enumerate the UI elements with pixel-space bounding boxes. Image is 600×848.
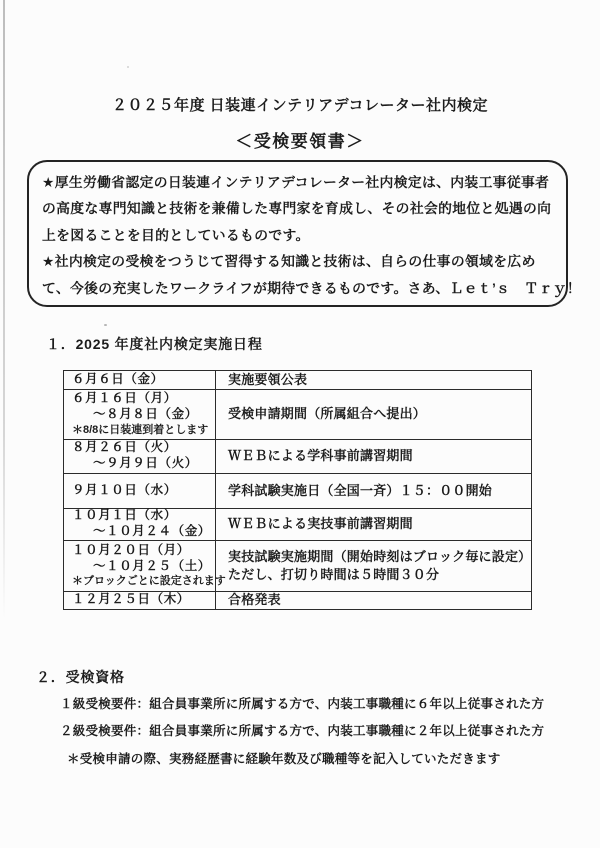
schedule-desc-cell: 合格発表 [216, 592, 531, 609]
schedule-section-heading: １．2025 年度社内検定実施日程 [46, 334, 263, 354]
date-line: １０月２０日（月） [72, 543, 213, 559]
schedule-row: １２月２５日（木） 合格発表 [64, 591, 531, 609]
document-title: ２０２５年度 日装連インテリアデコレーター社内検定 [0, 94, 600, 115]
eligibility-note-line: ＊受検申請の際、実務経歴書に経験年数及び職種等を記入していただきます [60, 746, 544, 773]
date-line: ８月２６日（火） [72, 440, 213, 456]
desc-line: 受検申請期間（所属組合へ提出） [228, 405, 531, 423]
desc-line: 学科試験実施日（全国一斉）１５：００開始 [228, 482, 531, 500]
scan-edge-artifact [3, 0, 5, 620]
schedule-desc-cell: 実施要領公表 [216, 371, 531, 389]
schedule-date-cell: ６月６日（金） [64, 371, 216, 389]
date-note-line: ＊8/8に日装連到着とします [72, 423, 213, 437]
intro-line: 上を図ることを目的としているものです。 [42, 223, 556, 249]
scan-speck [127, 66, 129, 68]
schedule-date-cell: ８月２６日（火） ～９月９日（火） [64, 440, 216, 473]
date-note-line: ＊ブロックごとに設定されます [72, 574, 213, 588]
intro-line: ★厚生労働省認定の日装連インテリアデコレーター社内検定は、内装工事従事者 [42, 170, 556, 196]
date-line: １２月２５日（木） [72, 592, 213, 608]
eligibility-list: １級受検要件：組合員事業所に所属する方で、内装工事職種に６年以上従事された方 ２… [60, 691, 544, 773]
document-subtitle: ＜受検要領書＞ [0, 127, 600, 152]
schedule-desc-cell: 学科試験実施日（全国一斉）１５：００開始 [216, 474, 531, 508]
eligibility-line: ２級受検要件：組合員事業所に所属する方で、内装工事職種に２年以上従事された方 [60, 718, 544, 745]
scan-speck [104, 324, 107, 326]
schedule-row: １０月２０日（月） ～１０月２５（土） ＊ブロックごとに設定されます 実技試験実… [64, 540, 531, 591]
schedule-desc-cell: ＷＥＢによる実技事前講習期間 [216, 509, 531, 540]
schedule-row: ９月１０日（水） 学科試験実施日（全国一斉）１５：００開始 [64, 473, 531, 508]
schedule-date-cell: １０月１日（水） ～１０月２４（金） [64, 509, 216, 540]
desc-line: ＷＥＢによる学科事前講習期間 [228, 447, 531, 465]
schedule-table: ６月６日（金） 実施要領公表 ６月１６日（月） ～８月８日（金） ＊8/8に日装… [63, 370, 532, 610]
date-line: １０月１日（水） [72, 508, 213, 524]
date-line: ６月６日（金） [72, 372, 213, 388]
intro-notice-box: ★厚生労働省認定の日装連インテリアデコレーター社内検定は、内装工事従事者 の高度… [27, 160, 568, 307]
date-line: ～１０月２５（土） [72, 559, 213, 575]
schedule-date-cell: ９月１０日（水） [64, 474, 216, 508]
intro-line: ★社内検定の受検をつうじて習得する知識と技術は、自らの仕事の領域を広め [42, 249, 556, 275]
date-line: ６月１６日（月） [72, 391, 213, 407]
schedule-row: １０月１日（水） ～１０月２４（金） ＷＥＢによる実技事前講習期間 [64, 508, 531, 540]
schedule-date-cell: ６月１６日（月） ～８月８日（金） ＊8/8に日装連到着とします [64, 390, 216, 439]
eligibility-section-heading: ２．受検資格 [36, 667, 125, 687]
desc-line: 実施要領公表 [228, 371, 531, 389]
desc-line: ただし、打切り時間は５時間３０分 [228, 566, 531, 584]
intro-line: の高度な専門知識と技術を兼備した専門家を育成し、その社会的地位と処遇の向 [42, 196, 556, 222]
desc-line: 合格発表 [228, 591, 531, 609]
schedule-row: ６月６日（金） 実施要領公表 [64, 371, 531, 389]
schedule-desc-cell: 受検申請期間（所属組合へ提出） [216, 390, 531, 439]
desc-line: ＷＥＢによる実技事前講習期間 [228, 515, 531, 533]
schedule-row: ６月１６日（月） ～８月８日（金） ＊8/8に日装連到着とします 受検申請期間（… [64, 389, 531, 439]
date-line: ～１０月２４（金） [72, 524, 213, 540]
schedule-date-cell: １０月２０日（月） ～１０月２５（土） ＊ブロックごとに設定されます [64, 541, 216, 591]
date-line: ～９月９日（火） [72, 456, 213, 472]
document-page: ２０２５年度 日装連インテリアデコレーター社内検定 ＜受検要領書＞ ★厚生労働省… [0, 0, 600, 848]
date-line: ～８月８日（金） [72, 407, 213, 423]
intro-line: て、今後の充実したワークライフが期待できるものです。さあ、Ｌｅｔ’ｓ Ｔｒｙ！ [42, 276, 556, 302]
desc-line: 実技試験実施期間（開始時刻はブロック毎に設定） [228, 548, 531, 566]
schedule-desc-cell: 実技試験実施期間（開始時刻はブロック毎に設定） ただし、打切り時間は５時間３０分 [216, 541, 531, 591]
schedule-row: ８月２６日（火） ～９月９日（火） ＷＥＢによる学科事前講習期間 [64, 439, 531, 473]
date-line: ９月１０日（水） [72, 483, 213, 499]
schedule-date-cell: １２月２５日（木） [64, 592, 216, 609]
eligibility-line: １級受検要件：組合員事業所に所属する方で、内装工事職種に６年以上従事された方 [60, 691, 544, 718]
schedule-desc-cell: ＷＥＢによる学科事前講習期間 [216, 440, 531, 473]
